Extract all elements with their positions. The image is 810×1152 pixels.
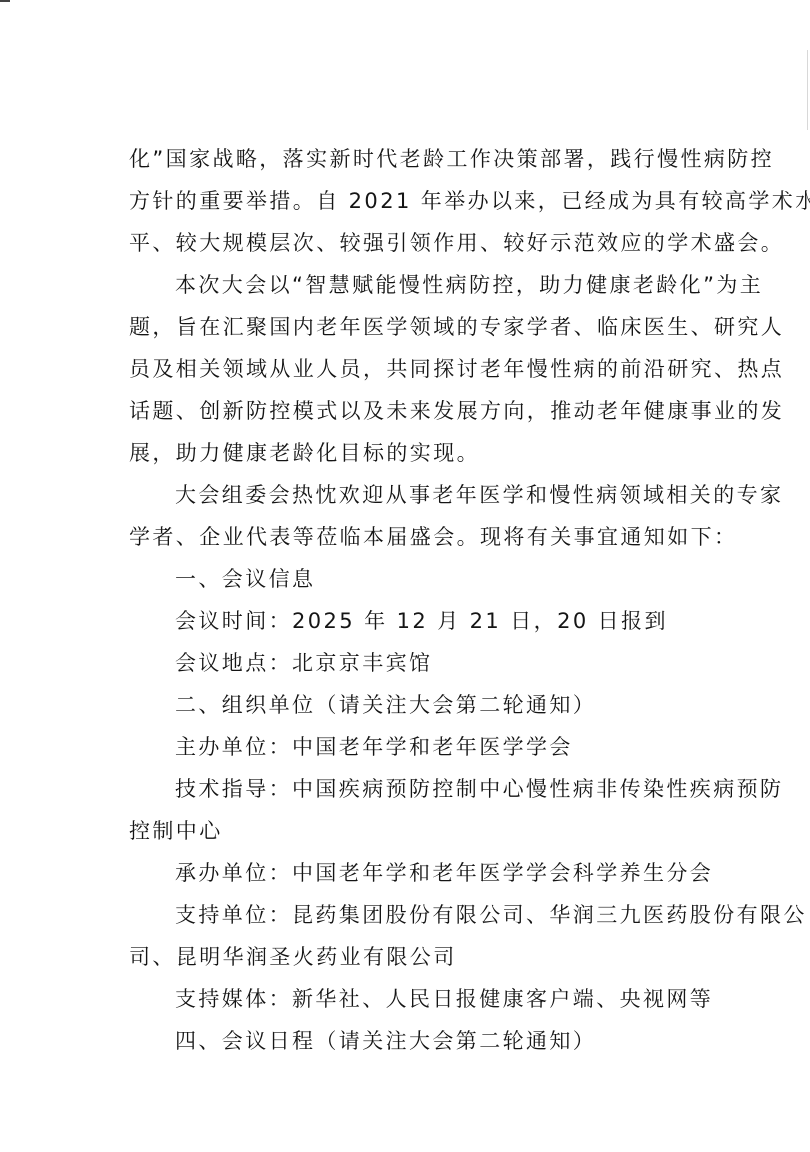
text-line: 话题、创新防控模式以及未来发展方向，推动老年健康事业的发 <box>129 396 697 438</box>
text-line: 员及相关领域从业人员，共同探讨老年慢性病的前沿研究、热点 <box>129 354 697 396</box>
section-agenda: 四、会议日程（请关注大会第二轮通知） <box>129 1026 697 1068</box>
supporter-line: 支持单位：昆药集团股份有限公司、华润三九医药股份有限公 <box>129 900 697 942</box>
text-line: 本次大会以“智慧赋能慢性病防控，助力健康老龄化”为主 <box>129 270 697 312</box>
text-line: 学者、企业代表等莅临本届盛会。现将有关事宜通知如下： <box>129 522 697 564</box>
media-line: 支持媒体：新华社、人民日报健康客户端、央视网等 <box>129 984 697 1026</box>
host-line: 主办单位：中国老年学和老年医学学会 <box>129 732 697 774</box>
meeting-venue-value: 北京京丰宾馆 <box>292 651 432 675</box>
paragraph-welcome: 大会组委会热忱欢迎从事老年医学和慢性病领域相关的专家 学者、企业代表等莅临本届盛… <box>129 480 697 564</box>
text-line: 化”国家战略，落实新时代老龄工作决策部署，践行慢性病防控 <box>129 144 697 186</box>
paragraph-theme: 本次大会以“智慧赋能慢性病防控，助力健康老龄化”为主 题，旨在汇聚国内老年医学领… <box>129 270 697 480</box>
organizer-line: 承办单位：中国老年学和老年医学学会科学养生分会 <box>129 858 697 900</box>
meeting-time-value: 2025 年 12 月 21 日，20 日报到 <box>292 609 668 633</box>
text-line: 展，助力健康老龄化目标的实现。 <box>129 438 697 480</box>
meeting-time-label: 会议时间： <box>175 609 292 633</box>
text-line: 平、较大规模层次、较强引领作用、较好示范效应的学术盛会。 <box>129 228 697 270</box>
text-line: 方针的重要举措。自 2021 年举办以来，已经成为具有较高学术水 <box>129 186 697 228</box>
text-line: 题，旨在汇聚国内老年医学领域的专家学者、临床医生、研究人 <box>129 312 697 354</box>
text-line: 大会组委会热忱欢迎从事老年医学和慢性病领域相关的专家 <box>129 480 697 522</box>
section-meeting-info: 一、会议信息 会议时间：2025 年 12 月 21 日，20 日报到 会议地点… <box>129 564 697 690</box>
section-heading: 二、组织单位（请关注大会第二轮通知） <box>129 690 697 732</box>
document-page: 化”国家战略，落实新时代老龄工作决策部署，践行慢性病防控 方针的重要举措。自 2… <box>0 0 810 1152</box>
meeting-venue-label: 会议地点： <box>175 651 292 675</box>
technical-guidance-line-cont: 控制中心 <box>129 816 697 858</box>
scan-edge-shadow <box>807 50 808 130</box>
meeting-venue-line: 会议地点：北京京丰宾馆 <box>129 648 697 690</box>
supporter-line-cont: 司、昆明华润圣火药业有限公司 <box>129 942 697 984</box>
paragraph-continuation: 化”国家战略，落实新时代老龄工作决策部署，践行慢性病防控 方针的重要举措。自 2… <box>129 144 697 270</box>
section-organizers: 二、组织单位（请关注大会第二轮通知） 主办单位：中国老年学和老年医学学会 技术指… <box>129 690 697 1026</box>
document-body: 化”国家战略，落实新时代老龄工作决策部署，践行慢性病防控 方针的重要举措。自 2… <box>129 144 697 1068</box>
section-heading: 四、会议日程（请关注大会第二轮通知） <box>129 1026 697 1068</box>
scan-edge-mark <box>0 0 10 2</box>
section-heading: 一、会议信息 <box>129 564 697 606</box>
technical-guidance-line: 技术指导：中国疾病预防控制中心慢性病非传染性疾病预防 <box>129 774 697 816</box>
meeting-time-line: 会议时间：2025 年 12 月 21 日，20 日报到 <box>129 606 697 648</box>
